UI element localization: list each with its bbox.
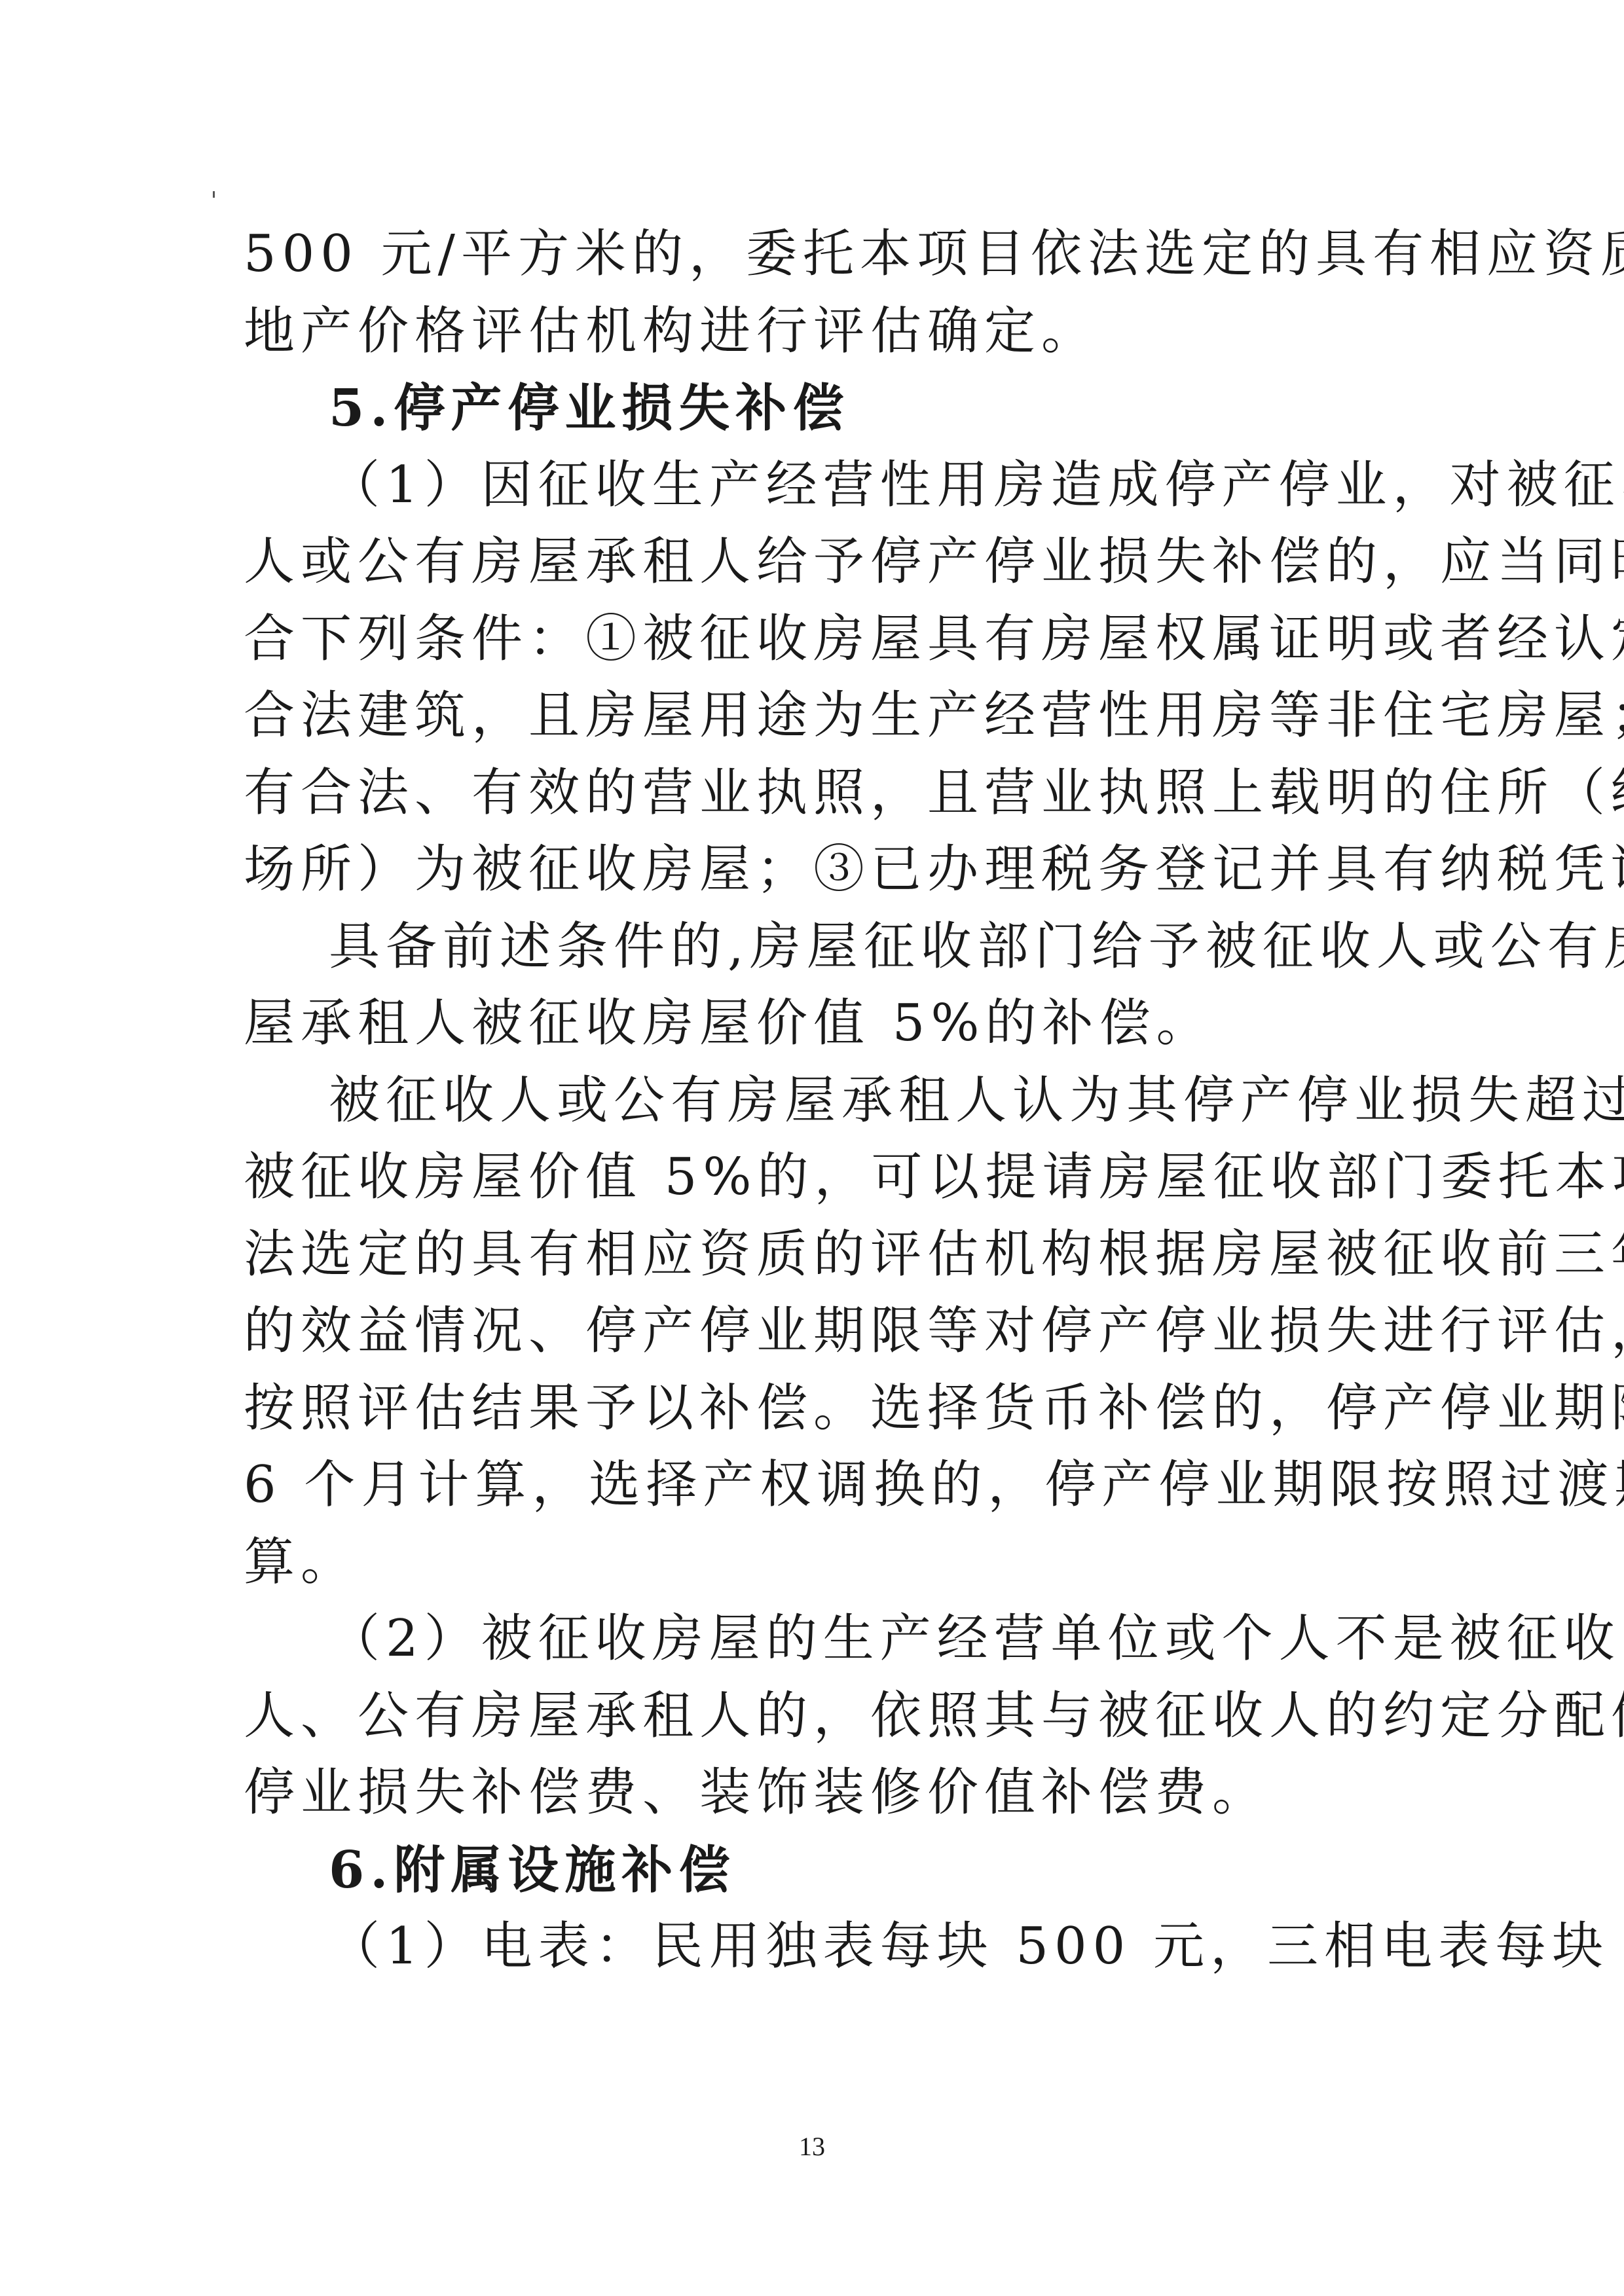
text-line-7: 合法建筑，且房屋用途为生产经营性用房等非住宅房屋；② bbox=[244, 678, 1383, 755]
text-line-12: 被征收人或公有房屋承租人认为其停产停业损失超过 bbox=[244, 1063, 1383, 1140]
text-line-10: 具备前述条件的,房屋征收部门给予被征收人或公有房 bbox=[244, 909, 1383, 986]
text-line-16: 按照评估结果予以补偿。选择货币补偿的，停产停业期限按 bbox=[244, 1370, 1383, 1448]
text-line-23: （1）电表：民用独表每块 500 元，三相电表每块 980 bbox=[244, 1908, 1383, 1986]
text-line-20: 人、公有房屋承租人的，依照其与被征收人的约定分配停产 bbox=[244, 1678, 1383, 1755]
text-line-13: 被征收房屋价值 5%的，可以提请房屋征收部门委托本项目依 bbox=[244, 1139, 1383, 1216]
text-line-9: 场所）为被征收房屋；③已办理税务登记并具有纳税凭证。 bbox=[244, 831, 1383, 909]
text-line-6: 合下列条件：①被征收房屋具有房屋权属证明或者经认定为 bbox=[244, 601, 1383, 678]
scan-mark bbox=[213, 191, 215, 198]
document-body: 500 元/平方米的，委托本项目依法选定的具有相应资质的房 地产价格评估机构进行… bbox=[244, 216, 1383, 1986]
text-line-18: 算。 bbox=[244, 1524, 1383, 1601]
section-heading-6: 6.附属设施补偿 bbox=[244, 1832, 1383, 1909]
text-line-21: 停业损失补偿费、装饰装修价值补偿费。 bbox=[244, 1755, 1383, 1832]
text-line-8: 有合法、有效的营业执照，且营业执照上载明的住所（经营 bbox=[244, 755, 1383, 832]
text-line-2: 地产价格评估机构进行评估确定。 bbox=[244, 293, 1383, 371]
text-line-4: （1）因征收生产经营性用房造成停产停业，对被征收 bbox=[244, 447, 1383, 524]
section-heading-5: 5.停产停业损失补偿 bbox=[244, 370, 1383, 447]
text-line-1: 500 元/平方米的，委托本项目依法选定的具有相应资质的房 bbox=[244, 216, 1383, 293]
text-line-11: 屋承租人被征收房屋价值 5%的补偿。 bbox=[244, 985, 1383, 1063]
page-number: 13 bbox=[0, 2131, 1624, 2162]
text-line-19: （2）被征收房屋的生产经营单位或个人不是被征收 bbox=[244, 1601, 1383, 1678]
text-line-14: 法选定的具有相应资质的评估机构根据房屋被征收前三年 bbox=[244, 1216, 1383, 1294]
text-line-15: 的效益情况、停产停业期限等对停产停业损失进行评估，并 bbox=[244, 1293, 1383, 1370]
text-line-5: 人或公有房屋承租人给予停产停业损失补偿的，应当同时符 bbox=[244, 524, 1383, 601]
text-line-17: 6 个月计算，选择产权调换的，停产停业期限按照过渡期计 bbox=[244, 1447, 1383, 1524]
